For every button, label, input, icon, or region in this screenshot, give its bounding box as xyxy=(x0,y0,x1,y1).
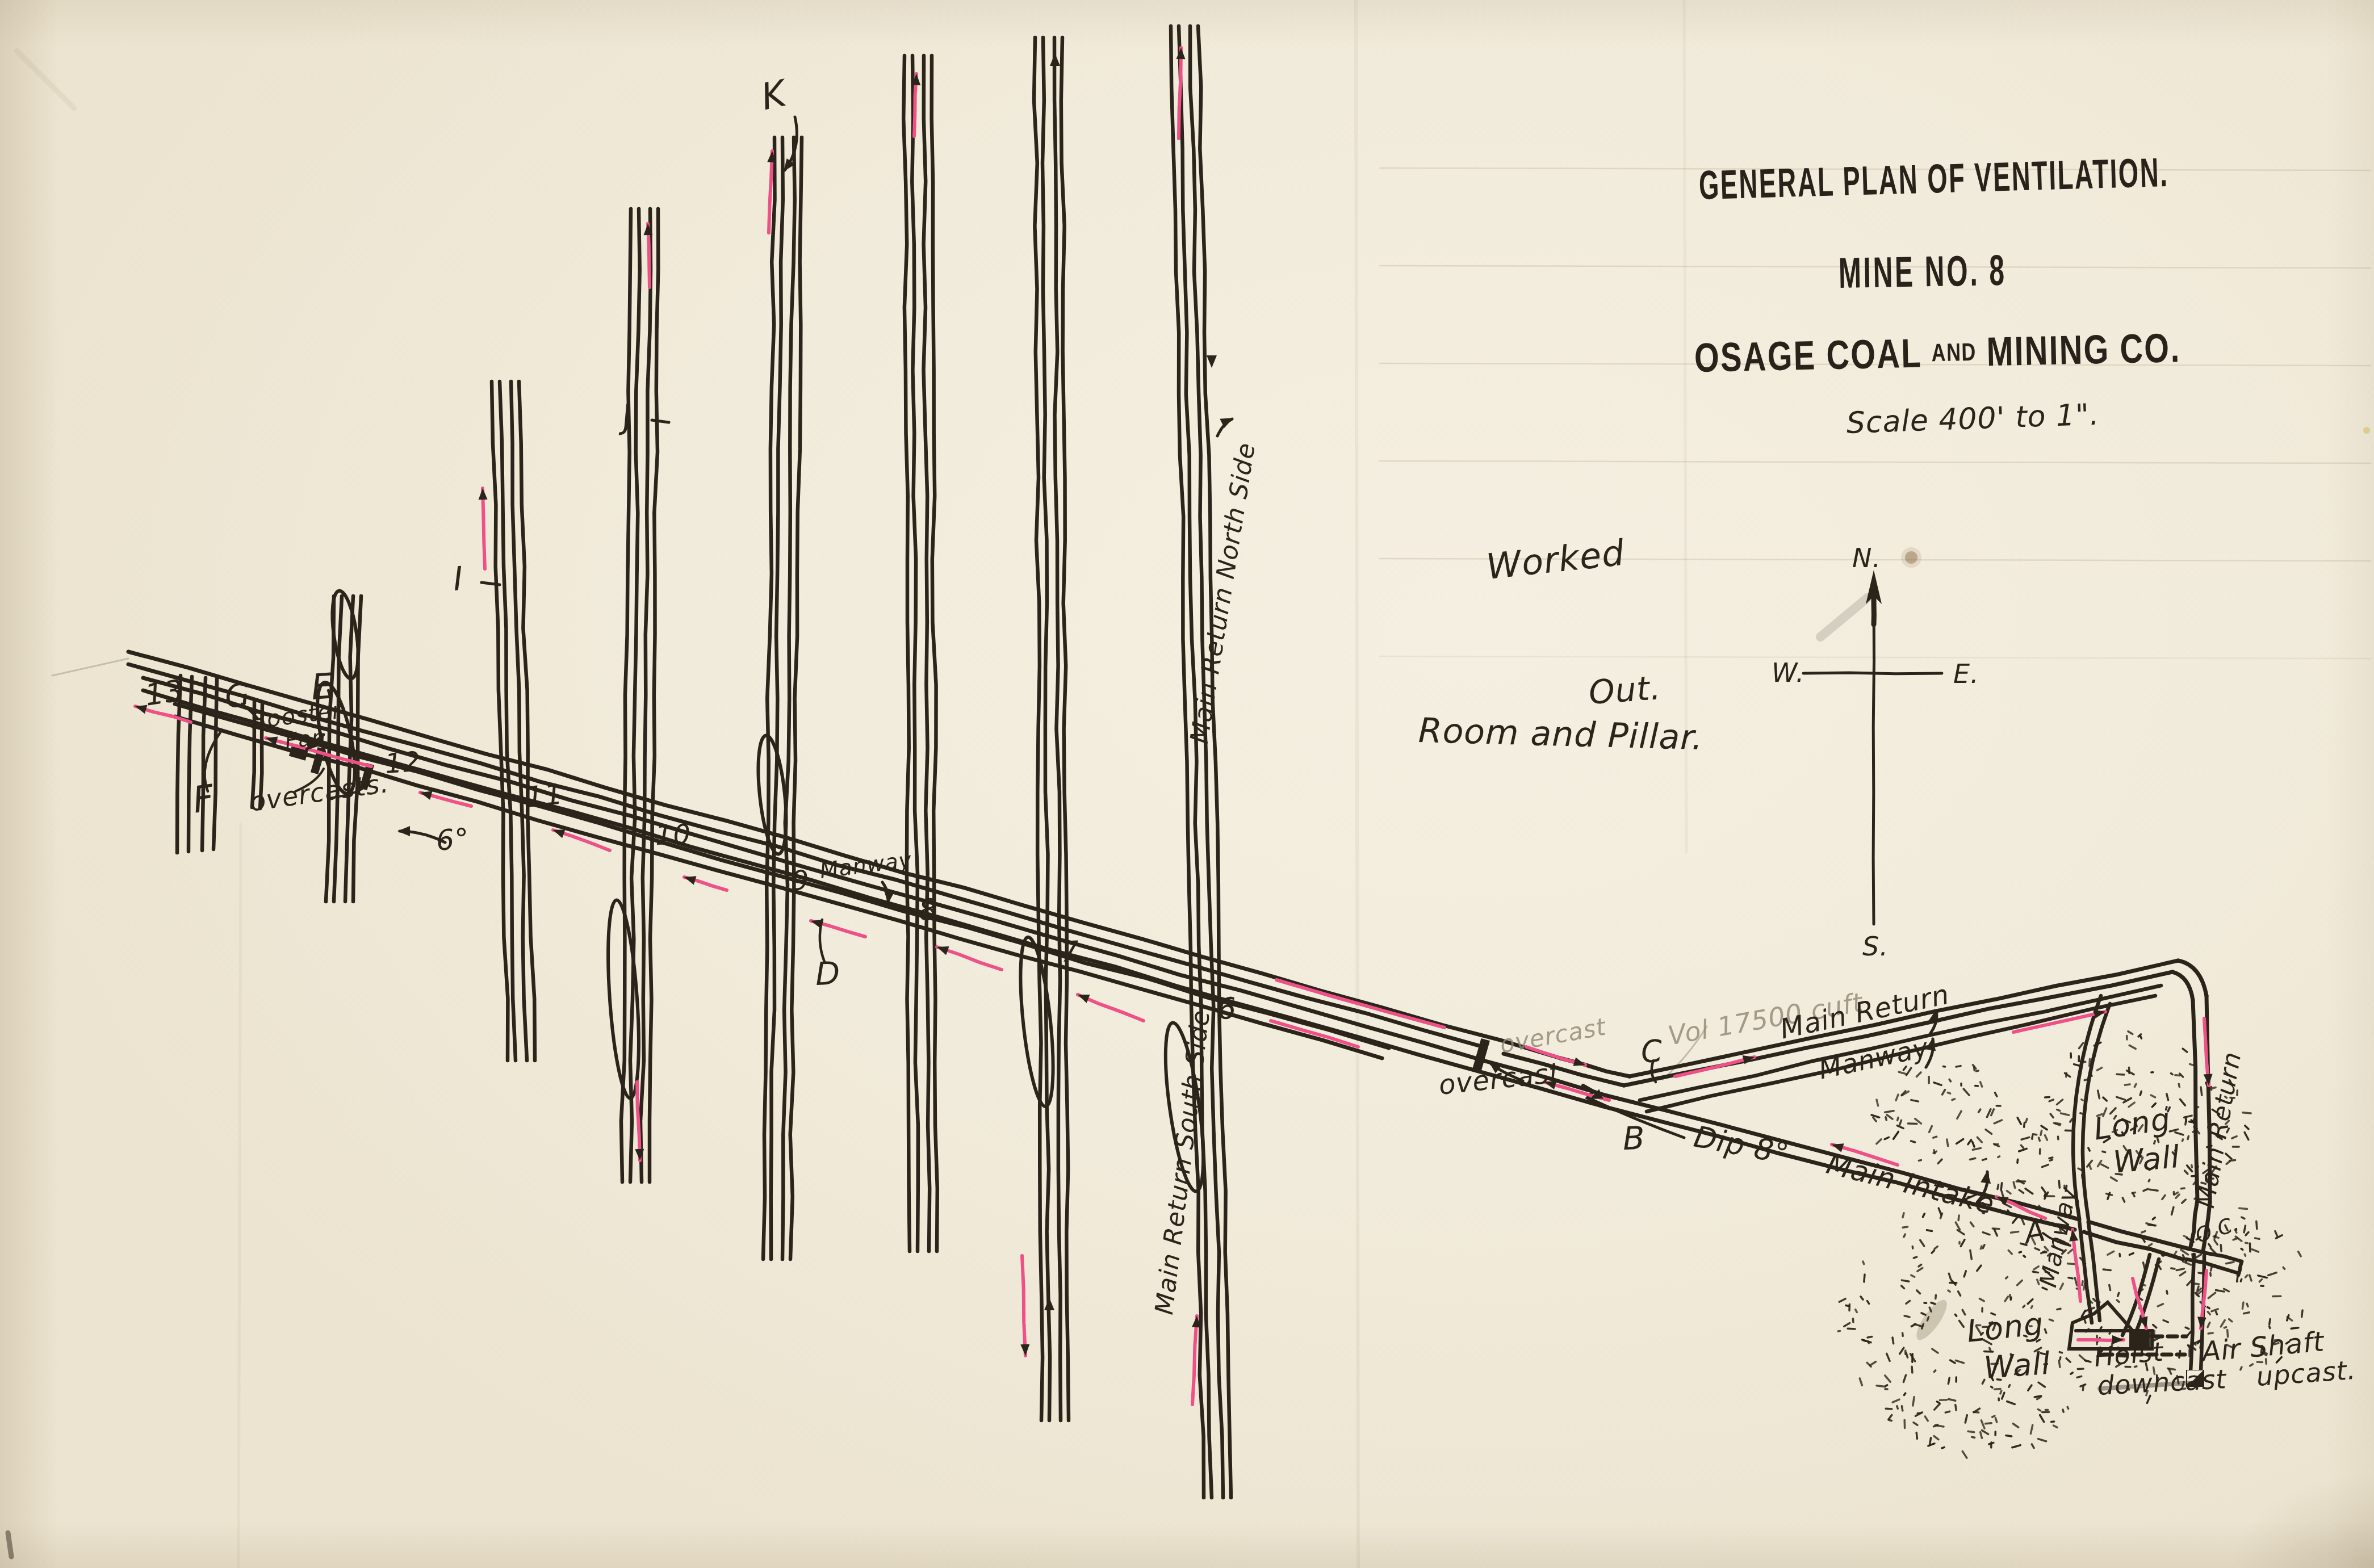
compass-south-label: S. xyxy=(1862,931,1889,962)
goaf-stipple xyxy=(2021,1137,2029,1139)
goaf-stipple xyxy=(2241,1367,2242,1370)
goaf-stipple xyxy=(2103,1097,2107,1101)
goaf-stipple xyxy=(1921,1313,1925,1315)
goaf-stipple xyxy=(1933,1137,1937,1138)
goaf-stipple xyxy=(1962,1451,1967,1458)
note-room-and-pillar: Room and Pillar. xyxy=(1418,711,1703,758)
goaf-stipple xyxy=(1943,1067,1945,1067)
goaf-stipple xyxy=(1902,1286,1904,1289)
airflow-arrowhead xyxy=(553,829,566,838)
compass-north-label: N. xyxy=(1852,543,1881,573)
goaf-stipple xyxy=(2208,1293,2215,1298)
goaf-stipple xyxy=(2158,1304,2163,1306)
goaf-stipple xyxy=(1911,1141,1915,1142)
airflow-arrow-line xyxy=(769,151,772,233)
goaf-stipple xyxy=(1947,1139,1948,1146)
goaf-stipple xyxy=(1973,1142,1975,1147)
goaf-stipple xyxy=(2074,1064,2080,1066)
goaf-stipple xyxy=(2246,1275,2247,1277)
goaf-stipple xyxy=(2000,1391,2002,1394)
goaf-stipple xyxy=(1968,1140,1971,1144)
entry-letter-g: G xyxy=(223,677,252,716)
goaf-stipple xyxy=(2201,1087,2202,1095)
label-long-wall-upper-2: Wall xyxy=(2112,1139,2182,1180)
goaf-stipple xyxy=(1934,1436,1938,1440)
arrowhead xyxy=(1207,355,1217,368)
goaf-stipple xyxy=(1861,1297,1863,1299)
goaf-stipple xyxy=(1991,1109,1994,1116)
goaf-stipple xyxy=(1868,1337,1872,1338)
entry-wall-line xyxy=(903,56,910,1251)
goaf-stipple xyxy=(1974,1067,1975,1071)
goaf-stipple xyxy=(1994,1230,1997,1236)
goaf-stipple xyxy=(2045,1097,2050,1098)
goaf-stipple xyxy=(1986,1423,1992,1424)
compass-we-line xyxy=(1803,673,1942,674)
goaf-stipple xyxy=(2001,1183,2002,1190)
goaf-stipple xyxy=(2143,1189,2148,1190)
goaf-stipple xyxy=(2050,1160,2052,1160)
ruled-line xyxy=(1380,461,2371,463)
goaf-stipple xyxy=(2120,1254,2120,1256)
goaf-stipple xyxy=(1912,1366,1912,1373)
goaf-stipple xyxy=(1938,1159,1942,1163)
goaf-stipple xyxy=(2250,1275,2251,1281)
goaf-stipple xyxy=(2128,1032,2133,1034)
goaf-stipple xyxy=(2212,1309,2218,1311)
goaf-stipple xyxy=(1934,1150,1935,1154)
goaf-stipple xyxy=(1886,1408,1892,1409)
goaf-stipple xyxy=(2245,1254,2245,1256)
goaf-stipple xyxy=(2208,1333,2213,1334)
goaf-stipple xyxy=(2229,1319,2232,1322)
goaf-stipple xyxy=(2246,1243,2248,1243)
entry-letter-b: B xyxy=(1622,1120,1646,1158)
goaf-stipple xyxy=(1950,1360,1955,1363)
passage-wall-line xyxy=(143,690,1601,1106)
goaf-stipple xyxy=(2127,1071,2134,1075)
goaf-stipple xyxy=(2002,1393,2004,1399)
compass-east-label: E. xyxy=(1953,659,1979,689)
goaf-stipple xyxy=(2242,1302,2243,1309)
goaf-stipple xyxy=(2258,1276,2267,1278)
goaf-stipple xyxy=(1980,1299,1984,1301)
goaf-stipple xyxy=(1920,1240,1924,1246)
note-out: Out. xyxy=(1588,668,1663,712)
goaf-stipple xyxy=(1981,1246,1982,1249)
goaf-stipple xyxy=(2171,1268,2175,1269)
goaf-stipple xyxy=(2017,1280,2023,1285)
goaf-stipple xyxy=(2117,1097,2125,1100)
goaf-stipple xyxy=(2013,1182,2015,1188)
goaf-stipple xyxy=(2103,1269,2111,1271)
goaf-stipple xyxy=(2255,1238,2259,1239)
goaf-stipple xyxy=(2101,1164,2108,1168)
pencil-guide-line xyxy=(52,659,128,676)
goaf-stipple xyxy=(2057,1309,2061,1309)
goaf-stipple xyxy=(1919,1265,1921,1267)
goaf-stipple xyxy=(1892,1399,1899,1402)
goaf-stipple xyxy=(2149,1244,2152,1246)
goaf-stipple xyxy=(1942,1447,1944,1448)
goaf-stipple xyxy=(1885,1137,1889,1139)
entry-number-12: 12 xyxy=(384,746,422,780)
goaf-stipple xyxy=(2100,1327,2101,1329)
goaf-stipple xyxy=(2041,1126,2047,1130)
airflow-arrow-line xyxy=(637,1082,640,1160)
goaf-stipple xyxy=(1976,1071,1978,1071)
airflow-arrowhead xyxy=(2204,1074,2213,1086)
goaf-stipple xyxy=(2151,1095,2155,1097)
label-dash xyxy=(652,420,669,422)
goaf-stipple xyxy=(1877,1100,1878,1106)
goaf-stipple xyxy=(2175,1133,2183,1135)
goaf-stipple xyxy=(2030,1425,2032,1433)
goaf-stipple xyxy=(2259,1279,2262,1281)
goaf-stipple xyxy=(1896,1095,1898,1100)
goaf-stipple xyxy=(2032,1444,2034,1448)
goaf-stipple xyxy=(1917,1268,1923,1272)
goaf-stipple xyxy=(1911,1324,1915,1327)
goaf-stipple xyxy=(2077,1376,2082,1377)
goaf-stipple xyxy=(2149,1180,2150,1181)
goaf-stipple xyxy=(1864,1340,1871,1343)
entry-number-10: 10 xyxy=(655,819,692,852)
goaf-stipple xyxy=(1889,1420,1892,1420)
airflow-arrowhead xyxy=(135,705,147,714)
entry-number-6: 6 xyxy=(1217,992,1237,1026)
airflow-arrowhead xyxy=(1078,995,1090,1003)
goaf-stipple xyxy=(2176,1269,2184,1271)
goaf-stipple xyxy=(1964,1271,1966,1277)
goaf-stipple xyxy=(2117,1300,2119,1302)
goaf-stipple xyxy=(2221,1245,2221,1251)
goaf-stipple xyxy=(1977,1137,1982,1142)
goaf-stipple xyxy=(1957,1111,1961,1118)
entry-number-7: 7 xyxy=(1060,935,1080,969)
goaf-stipple xyxy=(2049,1319,2053,1320)
goaf-stipple xyxy=(1846,1306,1849,1306)
goaf-stipple xyxy=(2208,1323,2210,1327)
goaf-stipple xyxy=(2024,1256,2025,1257)
goaf-stipple xyxy=(1995,1093,1997,1097)
goaf-stipple xyxy=(2098,1091,2100,1099)
goaf-stipple xyxy=(1938,1208,1941,1215)
arrowhead xyxy=(1050,53,1060,66)
goaf-stipple xyxy=(2183,1049,2187,1052)
goaf-stipple xyxy=(2050,1114,2053,1117)
goaf-stipple xyxy=(2256,1221,2257,1229)
goaf-stipple xyxy=(1983,1159,1987,1160)
goaf-stipple xyxy=(2008,1250,2012,1253)
goaf-stipple xyxy=(1917,1290,1920,1294)
goaf-stipple xyxy=(1863,1261,1864,1264)
goaf-stipple xyxy=(1948,1290,1950,1292)
label-long-wall-lower-2: Wall xyxy=(1983,1345,2052,1386)
goaf-stipple xyxy=(1970,1250,1972,1259)
goaf-stipple xyxy=(1932,1349,1938,1353)
airflow-arrowhead xyxy=(1176,48,1186,59)
goaf-stipple xyxy=(1974,1412,1979,1412)
goaf-stipple xyxy=(2140,1091,2141,1095)
goaf-stipple xyxy=(1932,1251,1934,1253)
goaf-stipple xyxy=(1983,1245,1984,1248)
goaf-stipple xyxy=(1927,1230,1932,1231)
entry-wall-line xyxy=(1034,37,1042,1420)
goaf-stipple xyxy=(2059,1360,2060,1367)
goaf-stipple xyxy=(2246,1232,2249,1235)
goaf-stipple xyxy=(2017,1159,2018,1163)
goaf-stipple xyxy=(2039,1138,2040,1141)
goaf-stipple xyxy=(1958,1215,1959,1221)
goaf-stipple xyxy=(1929,1126,1932,1133)
entry-wall-line xyxy=(1198,26,1231,1498)
goaf-stipple xyxy=(2208,1312,2210,1315)
paper-stain xyxy=(1901,547,1921,568)
compass-ns-line xyxy=(1873,595,1874,924)
goaf-stipple xyxy=(1864,1274,1865,1282)
goaf-stipple xyxy=(2268,1273,2277,1276)
goaf-stipple xyxy=(1960,1320,1964,1327)
goaf-stipple xyxy=(1897,1406,1898,1409)
goaf-stipple xyxy=(2176,1194,2179,1198)
goaf-stipple xyxy=(2045,1135,2048,1140)
goaf-stipple xyxy=(2302,1310,2302,1317)
goaf-stipple xyxy=(1886,1117,1886,1120)
goaf-stipple xyxy=(2175,1075,2180,1076)
goaf-stipple xyxy=(1949,1079,1950,1081)
goaf-stipple xyxy=(2011,1232,2019,1233)
goaf-stipple xyxy=(1948,1093,1950,1094)
goaf-stipple xyxy=(2153,1325,2157,1328)
goaf-stipple xyxy=(2243,1113,2251,1113)
goaf-stipple xyxy=(2118,1293,2119,1296)
goaf-stipple xyxy=(2066,1359,2070,1362)
goaf-stipple xyxy=(2270,1319,2270,1324)
goaf-stipple xyxy=(2242,1217,2245,1219)
goaf-stipple xyxy=(2270,1326,2270,1328)
goaf-stipple xyxy=(1963,1089,1969,1095)
goaf-stipple xyxy=(2224,1327,2226,1328)
goaf-stipple xyxy=(1877,1139,1881,1144)
goaf-stipple xyxy=(2054,1426,2058,1427)
goaf-stipple xyxy=(1913,1397,1914,1406)
goaf-stipple xyxy=(2129,1067,2130,1073)
goaf-stipple xyxy=(2042,1165,2049,1167)
goaf-stipple xyxy=(1986,1130,1992,1134)
goaf-stipple xyxy=(2153,1218,2155,1219)
goaf-stipple xyxy=(1956,1360,1963,1362)
goaf-stipple xyxy=(1949,1273,1950,1279)
entry-letter-c: C xyxy=(1640,1033,1664,1070)
goaf-stipple xyxy=(2038,1382,2045,1387)
arrowhead xyxy=(1044,1298,1054,1310)
goaf-stipple xyxy=(2241,1249,2243,1250)
goaf-stipple xyxy=(2061,1113,2069,1115)
goaf-stipple xyxy=(1956,1066,1961,1067)
paper-crease xyxy=(238,823,241,1568)
goaf-stipple xyxy=(2163,1320,2168,1323)
goaf-stipple xyxy=(2094,1299,2096,1301)
goaf-stipple xyxy=(2175,1192,2178,1194)
goaf-stipple xyxy=(1856,1310,1857,1313)
goaf-stipple xyxy=(2221,1320,2225,1327)
goaf-stipple xyxy=(1934,1370,1935,1372)
goaf-stipple xyxy=(2244,1313,2250,1314)
entry-wall-line xyxy=(1054,37,1061,1420)
goaf-stipple xyxy=(2042,1188,2046,1194)
goaf-stipple xyxy=(2090,1059,2090,1067)
goaf-stipple xyxy=(1977,1265,1981,1271)
goaf-stipple xyxy=(2117,1074,2124,1075)
goaf-stipple xyxy=(2150,1189,2158,1190)
goaf-stipple xyxy=(2142,1231,2145,1232)
goaf-stipple xyxy=(1949,1399,1956,1401)
goaf-stipple xyxy=(2180,1272,2185,1275)
goaf-stipple xyxy=(2097,1068,2101,1071)
entry-number-11: 11 xyxy=(524,777,564,814)
goaf-stipple xyxy=(1885,1111,1894,1113)
goaf-stipple xyxy=(1853,1319,1853,1322)
goaf-stipple xyxy=(1935,1426,1944,1427)
goaf-stipple xyxy=(1860,1378,1862,1385)
goaf-stipple xyxy=(1868,1301,1869,1304)
goaf-stipple xyxy=(2082,1281,2083,1285)
airflow-arrowhead xyxy=(1573,1058,1586,1066)
goaf-stipple xyxy=(2068,1264,2076,1264)
company-name-part1: OSAGE COAL xyxy=(1694,331,1922,381)
goaf-stipple xyxy=(1916,1072,1921,1077)
goaf-stipple xyxy=(1995,1389,2000,1389)
goaf-stipple xyxy=(1983,1232,1990,1235)
goaf-stipple xyxy=(1887,1115,1892,1120)
goaf-stipple xyxy=(2185,1171,2188,1174)
entry-number-8: 8 xyxy=(918,893,939,928)
goaf-stipple xyxy=(2041,1131,2042,1135)
goaf-stipple xyxy=(1935,1404,1940,1410)
entry-number-9: 9 xyxy=(791,865,810,897)
goaf-stipple xyxy=(1937,1402,1939,1403)
airflow-arrow-line xyxy=(483,488,485,569)
compass-west-label: W. xyxy=(1772,657,1804,688)
goaf-stipple xyxy=(2182,1200,2186,1203)
goaf-stipple xyxy=(2063,1410,2063,1412)
goaf-stipple xyxy=(1991,1386,1993,1387)
goaf-stipple xyxy=(1981,1420,1984,1428)
goaf-stipple xyxy=(2232,1137,2237,1139)
goaf-stipple xyxy=(2129,1253,2133,1255)
goaf-stipple xyxy=(2109,1285,2111,1290)
goaf-stipple xyxy=(1887,1353,1890,1361)
edge-mark xyxy=(8,1533,11,1557)
goaf-stipple xyxy=(1979,1109,1981,1112)
goaf-stipple xyxy=(1925,1416,1928,1421)
goaf-stipple xyxy=(2247,1303,2248,1306)
goaf-stipple xyxy=(1877,1386,1885,1387)
goaf-stipple xyxy=(1940,1400,1948,1401)
goaf-stipple xyxy=(2057,1110,2060,1111)
goaf-stipple xyxy=(2190,1064,2193,1065)
goaf-stipple xyxy=(1894,1131,1899,1139)
goaf-stipple xyxy=(1889,1415,1892,1420)
goaf-stipple xyxy=(1844,1323,1850,1327)
goaf-stipple xyxy=(2298,1252,2301,1256)
goaf-stipple xyxy=(2192,1165,2192,1167)
goaf-stipple xyxy=(1957,1230,1964,1235)
goaf-stipple xyxy=(2012,1445,2020,1448)
longwall-manway-line xyxy=(2073,996,2101,1218)
goaf-stipple xyxy=(1903,1333,1903,1336)
goaf-stipple xyxy=(1899,1072,1906,1074)
goaf-stipple xyxy=(2283,1267,2285,1269)
goaf-stipple xyxy=(2013,1424,2018,1428)
goaf-stipple xyxy=(2250,1364,2253,1366)
goaf-stipple xyxy=(2180,1099,2185,1105)
goaf-stipple xyxy=(2025,1189,2033,1194)
goaf-stipple xyxy=(2275,1231,2277,1237)
goaf-stipple xyxy=(2181,1250,2188,1255)
goaf-stipple xyxy=(2108,1251,2114,1255)
goaf-stipple xyxy=(2070,1119,2072,1122)
goaf-stipple xyxy=(1903,1213,1904,1218)
goaf-stipple xyxy=(1956,1405,1956,1411)
goaf-stipple xyxy=(1892,1338,1894,1344)
company-name-and: AND xyxy=(1931,338,1977,367)
goaf-stipple xyxy=(2010,1295,2011,1298)
arrowhead xyxy=(397,826,410,836)
goaf-stipple xyxy=(2026,1119,2027,1122)
goaf-stipple xyxy=(2162,1195,2165,1199)
goaf-stipple xyxy=(1956,1222,1960,1230)
goaf-stipple xyxy=(2080,1385,2086,1387)
goaf-stipple xyxy=(1900,1348,1904,1354)
return-corner xyxy=(2172,972,2193,1000)
goaf-stipple xyxy=(2182,1188,2185,1189)
goaf-stipple xyxy=(1936,1295,1936,1298)
goaf-stipple xyxy=(2057,1100,2063,1105)
airflow-arrowhead xyxy=(420,791,432,800)
goaf-stipple xyxy=(1982,1380,1984,1383)
goaf-stipple xyxy=(1994,1120,2002,1123)
paper-crease xyxy=(17,51,74,108)
goaf-stipple xyxy=(2005,1297,2008,1301)
goaf-stipple xyxy=(1955,1314,1956,1316)
goaf-stipple xyxy=(2009,1385,2010,1387)
entry-wall-line xyxy=(924,56,930,1251)
goaf-stipple xyxy=(2051,1422,2054,1422)
goaf-stipple xyxy=(2045,1329,2046,1333)
goaf-stipple xyxy=(2021,1243,2027,1245)
goaf-stipple xyxy=(2226,1262,2234,1264)
label-gradient-6deg: 6° xyxy=(435,822,471,857)
goaf-stipple xyxy=(1973,1148,1981,1150)
goaf-stipple xyxy=(1981,1082,1982,1087)
paper-speck xyxy=(2363,427,2370,434)
airflow-arrowhead xyxy=(937,946,949,955)
arrowhead xyxy=(1981,1171,1991,1184)
goaf-stipple xyxy=(1848,1328,1855,1329)
goaf-stipple xyxy=(1900,1120,1902,1125)
goaf-stipple xyxy=(1952,1099,1955,1100)
goaf-stipple xyxy=(2038,1439,2046,1441)
goaf-stipple xyxy=(1904,1316,1910,1317)
goaf-stipple xyxy=(1904,1234,1905,1237)
goaf-stipple xyxy=(2132,1193,2135,1193)
mine-number: MINE NO. 8 xyxy=(1838,246,2007,298)
goaf-stipple xyxy=(2172,1207,2174,1214)
goaf-stipple xyxy=(2082,1100,2083,1101)
goaf-stipple xyxy=(2179,1084,2179,1087)
